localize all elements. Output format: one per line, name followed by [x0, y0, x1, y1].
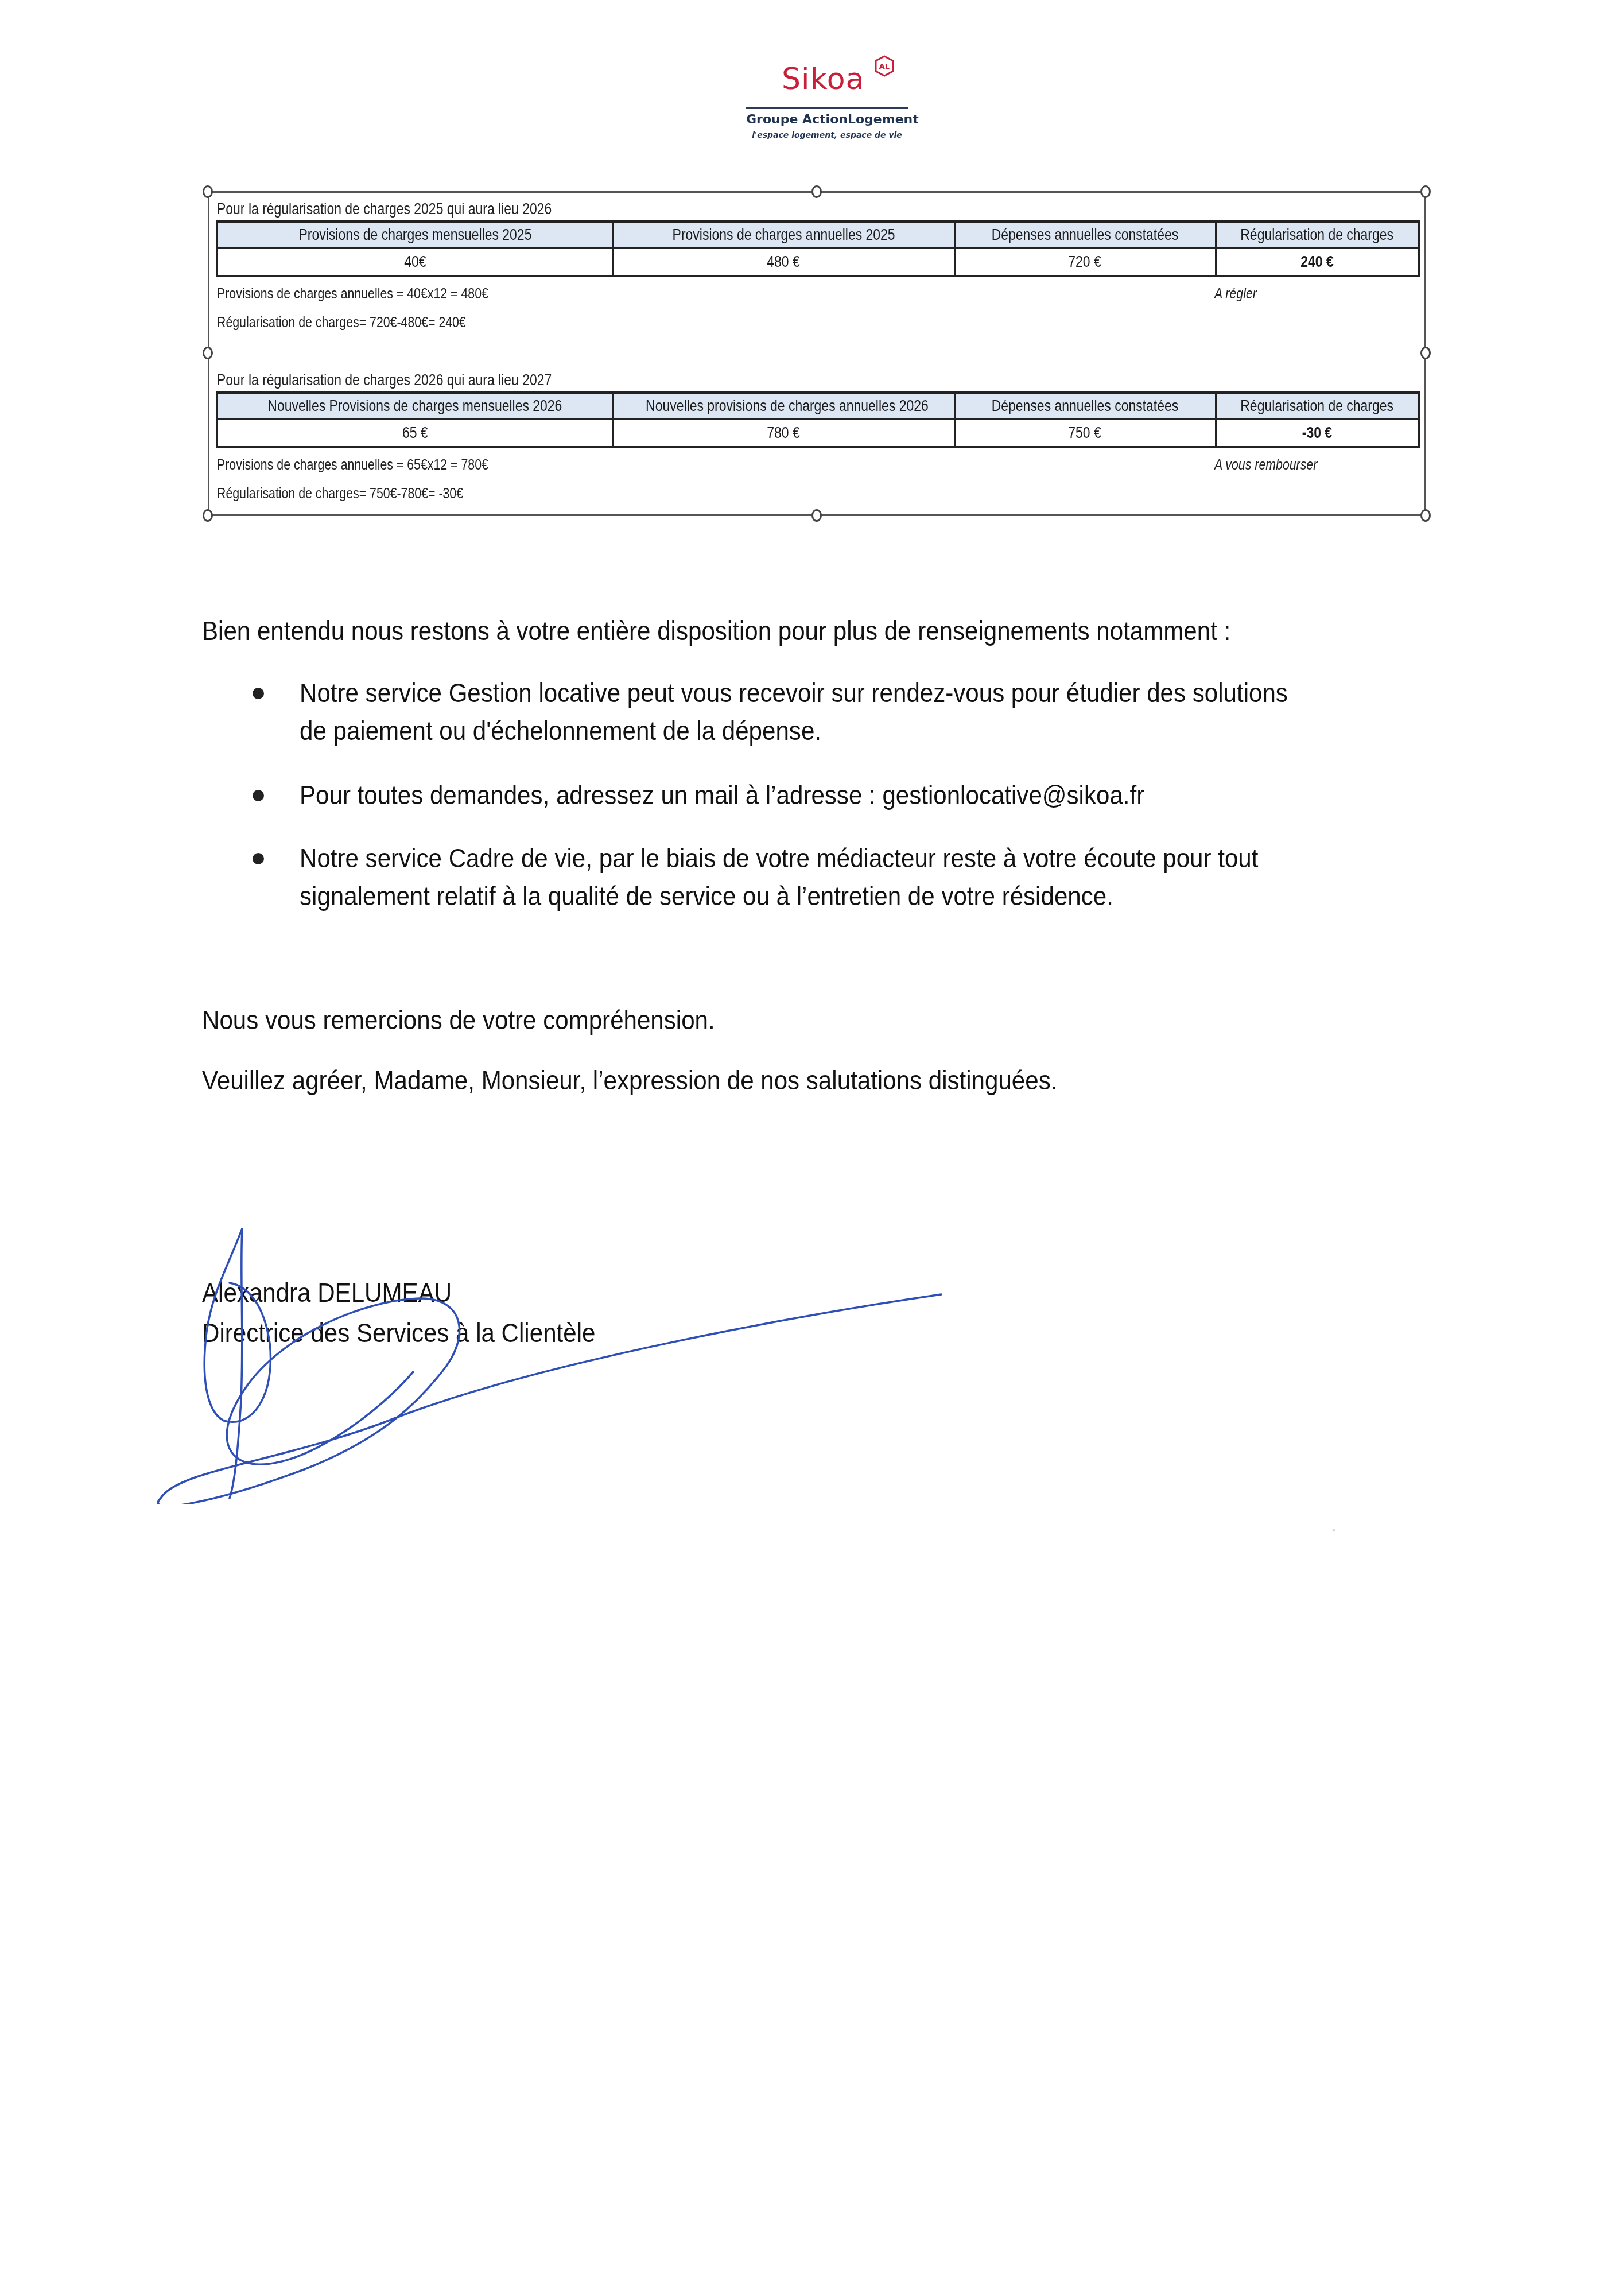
table-header-cell: Nouvelles provisions de charges annuelle…	[613, 393, 954, 419]
refund-status: A vous rembourser	[1214, 456, 1317, 474]
signatory-name: Alexandra DELUMEAU	[202, 1277, 475, 1308]
table-header-cell: Dépenses annuelles constatées	[954, 222, 1216, 248]
table-cell: 780 €	[613, 419, 954, 448]
resize-handle-bottom-left[interactable]	[203, 509, 213, 522]
table-cell: 480 €	[613, 248, 954, 277]
table-header-cell: Provisions de charges annuelles 2025	[613, 222, 954, 248]
payment-status: A régler	[1214, 285, 1257, 302]
annual-provisions-formula: Provisions de charges annuelles = 40€x12…	[217, 285, 488, 302]
resize-handle-bottom-right[interactable]	[1420, 509, 1431, 522]
resize-handle-top-left[interactable]	[203, 185, 213, 198]
resize-handle-top-right[interactable]	[1420, 185, 1431, 198]
embedded-table-object[interactable]: Pour la régularisation de charges 2025 q…	[208, 191, 1426, 516]
logo-tagline: l'espace logement, espace de vie	[746, 131, 908, 140]
svg-text:AL: AL	[879, 63, 890, 71]
bullet-gestion-locative: Notre service Gestion locative peut vous…	[300, 674, 1380, 750]
logo-divider	[746, 107, 908, 109]
resize-handle-bottom-middle[interactable]	[811, 509, 822, 522]
regularisation-amount-cell: 240 €	[1216, 248, 1419, 277]
resize-handle-top-middle[interactable]	[811, 185, 822, 198]
regularisation-amount-cell: -30 €	[1216, 419, 1419, 448]
bullet-icon	[253, 790, 264, 801]
handwritten-signature	[143, 1228, 976, 1504]
section-2026-title: Pour la régularisation de charges 2026 q…	[217, 371, 552, 389]
action-logement-badge-icon: AL	[873, 55, 895, 77]
bullet-cadre-de-vie: Notre service Cadre de vie, par le biais…	[300, 839, 1348, 915]
table-header-cell: Dépenses annuelles constatées	[954, 393, 1216, 419]
table-header-row: Nouvelles Provisions de charges mensuell…	[217, 393, 1419, 419]
table-header-row: Provisions de charges mensuelles 2025 Pr…	[217, 222, 1419, 248]
logo-group-name: Groupe ActionLogement	[746, 113, 908, 127]
intro-paragraph: Bien entendu nous restons à votre entièr…	[202, 615, 1326, 646]
bullet-contact-email: Pour toutes demandes, adressez un mail à…	[300, 776, 1223, 814]
regularisation-formula: Régularisation de charges= 720€-480€= 24…	[217, 313, 466, 331]
section-2025-title: Pour la régularisation de charges 2025 q…	[217, 200, 552, 218]
bullet-icon	[253, 688, 264, 699]
logo-brand-name: Sikoa	[782, 62, 864, 96]
table-header-cell: Nouvelles Provisions de charges mensuell…	[217, 393, 613, 419]
table-header-cell: Régularisation de charges	[1216, 393, 1419, 419]
table-row: 40€ 480 € 720 € 240 €	[217, 248, 1419, 277]
scan-speck	[1333, 1529, 1335, 1531]
thanks-paragraph: Nous vous remercions de votre compréhens…	[202, 1004, 763, 1035]
bullet-icon	[253, 853, 264, 864]
table-header-cell: Régularisation de charges	[1216, 222, 1419, 248]
signatory-title: Directrice des Services à la Clientèle	[202, 1317, 632, 1348]
regularisation-formula: Régularisation de charges= 750€-780€= -3…	[217, 484, 463, 502]
table-header-cell: Provisions de charges mensuelles 2025	[217, 222, 613, 248]
sikoa-logo: Sikoa AL Groupe ActionLogement l'espace …	[746, 52, 918, 98]
table-cell: 720 €	[954, 248, 1216, 277]
resize-handle-middle-left[interactable]	[203, 347, 213, 359]
table-cell: 65 €	[217, 419, 613, 448]
closing-paragraph: Veuillez agréer, Madame, Monsieur, l’exp…	[202, 1065, 1137, 1096]
logo-brand-row: Sikoa AL	[746, 52, 918, 98]
table-row: 65 € 780 € 750 € -30 €	[217, 419, 1419, 448]
regularisation-2025-table: Provisions de charges mensuelles 2025 Pr…	[216, 220, 1420, 277]
email-link[interactable]: gestionlocative@sikoa.fr	[882, 780, 1144, 810]
table-cell: 40€	[217, 248, 613, 277]
table-cell: 750 €	[954, 419, 1216, 448]
resize-handle-middle-right[interactable]	[1420, 347, 1431, 359]
annual-provisions-formula: Provisions de charges annuelles = 65€x12…	[217, 456, 488, 474]
regularisation-2026-table: Nouvelles Provisions de charges mensuell…	[216, 391, 1420, 448]
